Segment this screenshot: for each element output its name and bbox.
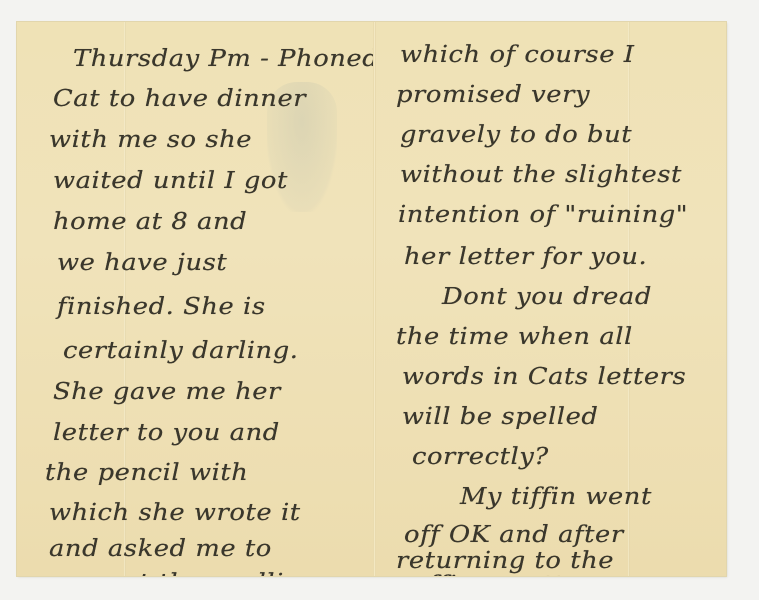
line: promised very [396,82,590,108]
line: words in Cats letters [402,364,686,390]
line: waited until I got [53,168,288,194]
line: without the slightest [400,162,682,188]
line: which of course I [400,42,635,68]
line: office pretty soon [412,572,651,576]
line: Cat to have dinner [53,86,306,112]
line: letter to you and [53,420,280,446]
scanned-letter: Thursday Pm - Phoned Cat to have dinner … [0,0,759,600]
line: will be spelled [402,404,598,430]
line: we have just [57,250,227,276]
line: gravely to do but [400,122,632,148]
line: Thursday Pm - Phoned [73,46,373,72]
line: intention of "ruining" [398,202,688,228]
line: off OK and after [404,522,624,548]
line: She gave me her [53,379,281,405]
page-right: which of course I promised very gravely … [376,22,726,576]
line: her letter for you. [404,244,647,270]
line: returning to the [396,548,614,574]
line: with me so she [49,127,252,153]
line: finished. She is [57,294,266,320]
line: certainly darling. [63,338,298,364]
page-left: Thursday Pm - Phoned Cat to have dinner … [17,22,373,576]
line: and asked me to [49,536,272,562]
letter-sheet: Thursday Pm - Phoned Cat to have dinner … [17,22,726,576]
line: correct the spelling [51,570,318,576]
line: My tiffin went [460,484,652,510]
line: which she wrote it [49,500,301,526]
line: the time when all [396,324,633,350]
line: the pencil with [45,460,248,486]
line: Dont you dread [442,284,652,310]
line: correctly? [412,444,549,470]
line: home at 8 and [53,209,247,235]
